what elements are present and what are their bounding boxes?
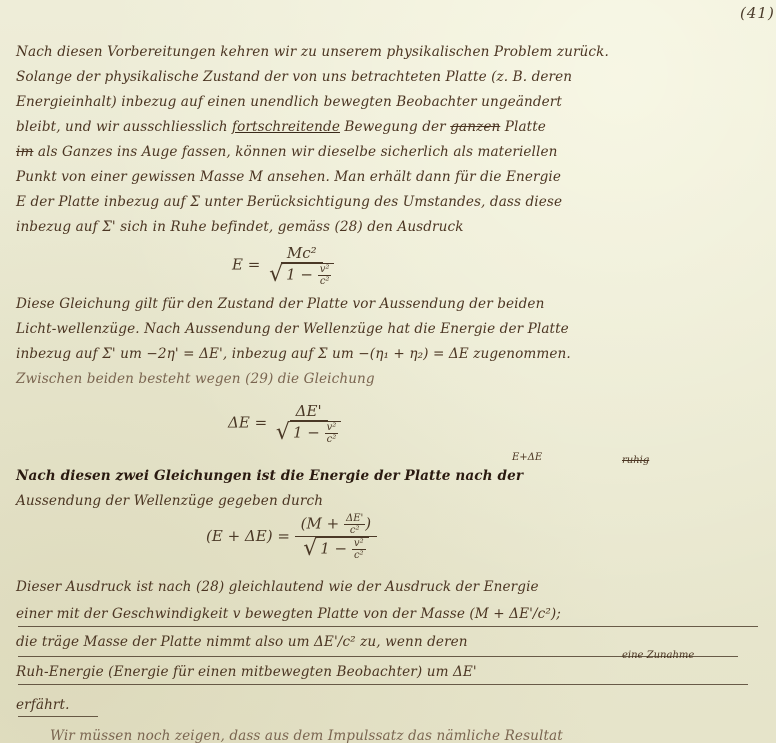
text-segment: Bewegung der: [340, 119, 450, 135]
text-line-19: erfährt.: [16, 697, 70, 713]
text-line-5: im als Ganzes ins Auge fassen, können wi…: [16, 144, 557, 160]
eq-numerator: ΔE': [290, 402, 328, 421]
text-line-9: Diese Gleichung gilt für den Zustand der…: [16, 296, 544, 312]
text-line-12: Zwischen beiden besteht wegen (29) die G…: [16, 371, 375, 387]
text-line-20: Wir müssen noch zeigen, dass aus dem Imp…: [50, 728, 563, 743]
text-line-6: Punkt von einer gewissen Masse M ansehen…: [16, 169, 561, 185]
equation-energy: E = Mc² √ 1 − v²c²: [232, 244, 338, 287]
eq-numerator: (M + ΔE'c²): [295, 513, 377, 537]
page-number: (41): [740, 4, 775, 22]
text-line-15: Dieser Ausdruck ist nach (28) gleichlaut…: [16, 579, 539, 595]
eq-numerator: Mc²: [281, 244, 323, 263]
text-line-13: Nach diesen zwei Gleichungen ist die Ene…: [16, 468, 523, 484]
text-segment: als Ganzes ins Auge fassen, können wir d…: [38, 144, 558, 160]
text-line-11: inbezug auf Σ' um −2η' = ΔE', inbezug au…: [16, 346, 571, 362]
eq-lhs: E: [232, 256, 243, 274]
sqrt-icon: √: [303, 538, 317, 560]
eq-fraction: ΔE' √ 1 − v²c²: [272, 402, 345, 445]
text-line-10: Licht-wellenzüge. Nach Aussendung der We…: [16, 321, 569, 337]
text-segment: bleibt, und wir ausschliesslich: [16, 119, 232, 135]
underline-rule: [18, 656, 738, 657]
text-line-17: die träge Masse der Platte nimmt also um…: [16, 634, 468, 650]
sqrt-icon: √: [269, 264, 283, 286]
text-line-16: einer mit der Geschwindigkeit v bewegten…: [16, 606, 561, 622]
text-line-4: bleibt, und wir ausschliesslich fortschr…: [16, 119, 546, 135]
text-segment: Platte: [500, 119, 546, 135]
text-line-18: Ruh-Energie (Energie für einen mitbewegt…: [16, 664, 477, 680]
eq-fraction: Mc² √ 1 − v²c²: [265, 244, 338, 287]
struck-word: im: [16, 144, 33, 160]
text-line-3: Energieinhalt) inbezug auf einen unendli…: [16, 94, 562, 110]
text-line-8: inbezug auf Σ' sich in Ruhe befindet, ge…: [16, 219, 464, 235]
text-line-14: Aussendung der Wellenzüge gegeben durch: [16, 493, 323, 509]
struck-word: ganzen: [450, 119, 500, 135]
equation-delta-energy: ΔE = ΔE' √ 1 − v²c²: [228, 402, 345, 445]
eq-lhs: ΔE: [228, 414, 250, 432]
text-line-7: E der Platte inbezug auf Σ unter Berücks…: [16, 194, 562, 210]
underline-rule: [18, 716, 98, 717]
manuscript-page: (41) Nach diesen Vorbereitungen kehren w…: [0, 0, 776, 743]
underline-rule: [18, 626, 758, 627]
text-line-1: Nach diesen Vorbereitungen kehren wir zu…: [16, 44, 609, 60]
underlined-word: fortschreitende: [232, 119, 340, 135]
eq-denominator: √ 1 − v²c²: [299, 537, 372, 561]
sqrt-icon: √: [276, 422, 290, 444]
eq-fraction: (M + ΔE'c²) √ 1 − v²c²: [295, 513, 377, 561]
eq-denominator: √ 1 − v²c²: [272, 421, 345, 445]
underline-rule: [18, 684, 748, 685]
eq-denominator: √ 1 − v²c²: [265, 263, 338, 287]
eq-lhs: (E + ΔE): [206, 527, 273, 545]
equation-total-energy: (E + ΔE) = (M + ΔE'c²) √ 1 − v²c²: [206, 513, 377, 561]
text-line-2: Solange der physikalische Zustand der vo…: [16, 69, 572, 85]
struck-annotation: ruhig: [622, 455, 649, 466]
inserted-annotation: E+ΔE: [512, 452, 542, 463]
